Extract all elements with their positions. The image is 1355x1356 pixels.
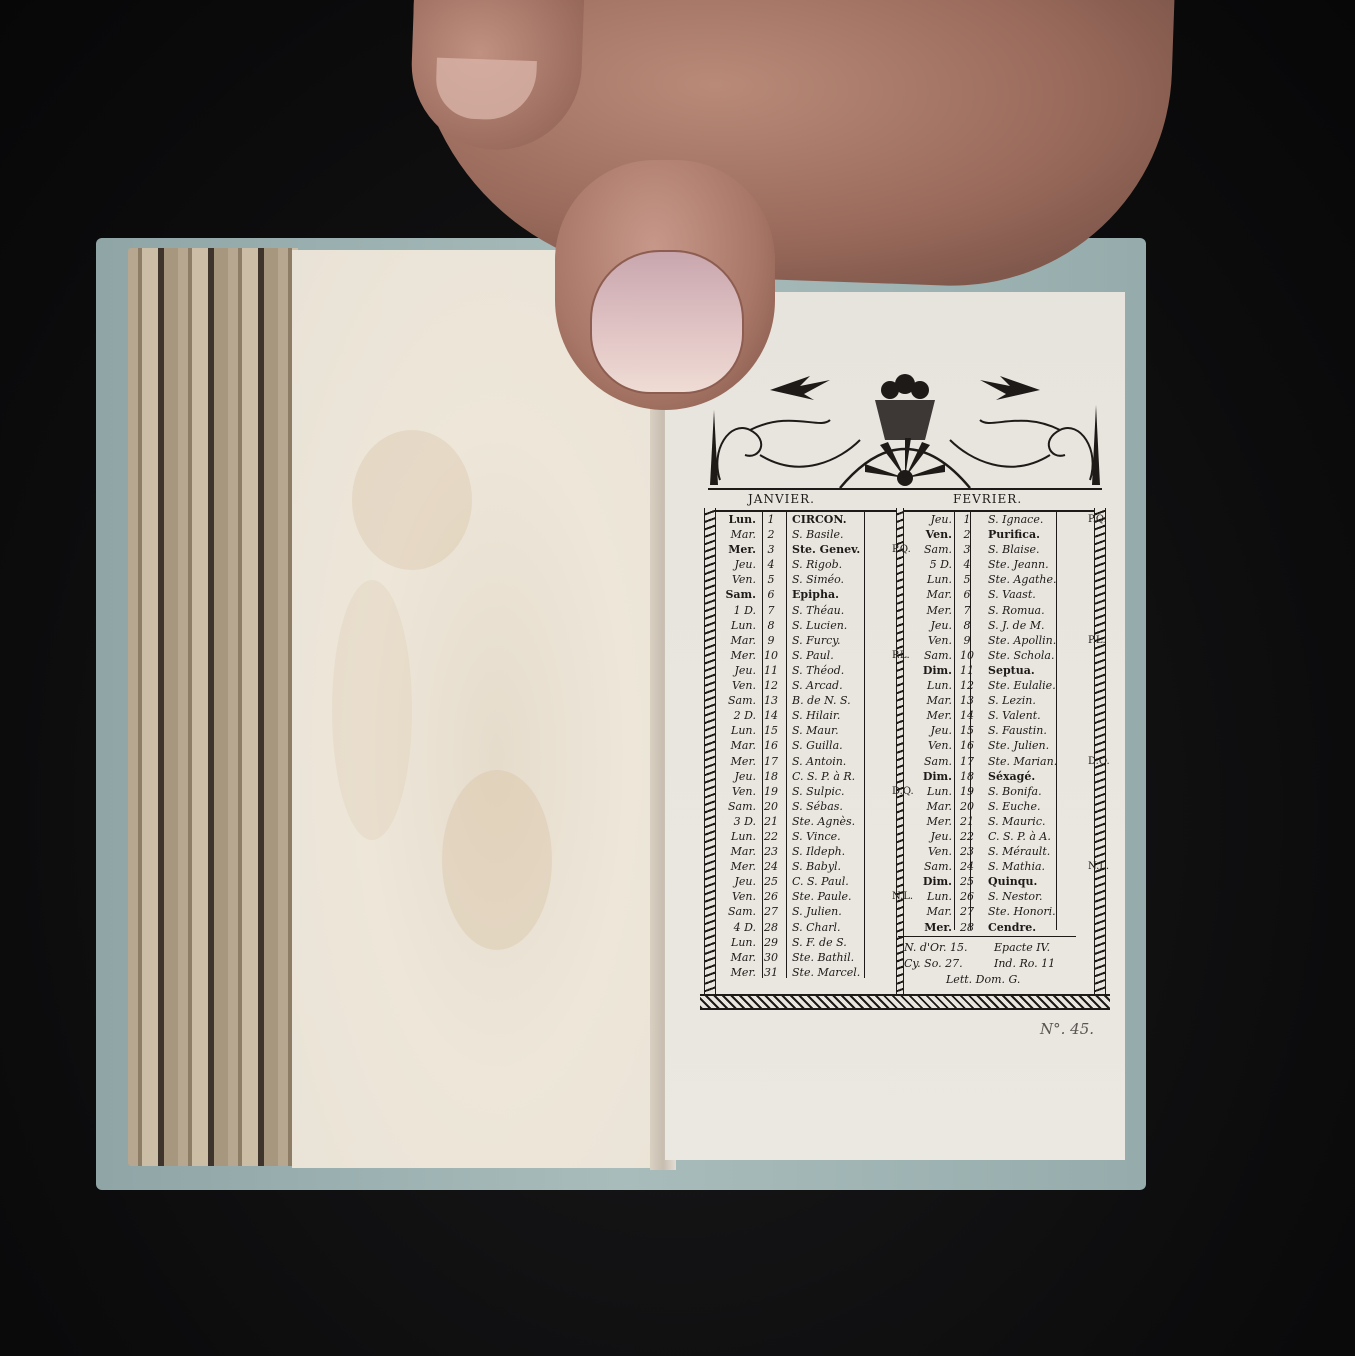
calendar-num: 15 — [758, 723, 784, 738]
calendar-saint: C. S. P. à A. — [988, 829, 1084, 844]
calendar-day: 2 D. — [714, 708, 756, 723]
calendar-day: Mar. — [714, 844, 756, 859]
calendar-row: Lun.1CIRCON. — [710, 512, 900, 527]
calendar-day: Sam. — [910, 754, 952, 769]
calendar-saint: S. Vince. — [792, 829, 888, 844]
calendar-row: Sam.27S. Julien. — [710, 904, 900, 919]
calendar-row: Mar.6S. Vaast. — [906, 587, 1096, 602]
calendar-day: Mer. — [714, 754, 756, 769]
month-title-fevrier: FEVRIER. — [953, 492, 1022, 506]
calendar-table: JANVIER. FEVRIER. Lun.1CIRCON.Mar.2S. Ba… — [700, 488, 1110, 1008]
calendar-row: Sam.6Epipha. — [710, 587, 900, 602]
calendar-saint: S. Blaise. — [988, 542, 1084, 557]
calendar-num: 11 — [758, 663, 784, 678]
bird-left-icon — [770, 376, 830, 400]
calendar-num: 14 — [954, 708, 980, 723]
calendar-day: Jeu. — [910, 618, 952, 633]
calendar-num: 18 — [954, 769, 980, 784]
calendar-num: 2 — [954, 527, 980, 542]
calendar-row: 3 D.21Ste. Agnès. — [710, 814, 900, 829]
foxing-stain — [352, 430, 472, 570]
calendar-saint: S. Bonifa. — [988, 784, 1084, 799]
dominical-letter: Lett. Dom. G. — [946, 973, 1020, 986]
calendar-day: Mar. — [910, 799, 952, 814]
basket-icon — [875, 400, 935, 440]
calendar-num: 19 — [954, 784, 980, 799]
calendar-saint: S. Lucien. — [792, 618, 888, 633]
decorative-frieze — [700, 994, 1110, 1010]
calendar-row: Ven.12S. Arcad. — [710, 678, 900, 693]
calendar-num: 28 — [954, 920, 980, 935]
month-title-janvier: JANVIER. — [748, 492, 815, 506]
calendar-day: Lun. — [714, 829, 756, 844]
calendar-day: Dim. — [910, 874, 952, 889]
engraved-calendar: JANVIER. FEVRIER. Lun.1CIRCON.Mar.2S. Ba… — [700, 360, 1110, 1010]
calendar-saint: S. Euche. — [988, 799, 1084, 814]
calendar-num: 8 — [954, 618, 980, 633]
calendar-row: Lun.15S. Maur. — [710, 723, 900, 738]
calendar-row: Ven.2Purifica. — [906, 527, 1096, 542]
calendar-saint: Ste. Bathil. — [792, 950, 888, 965]
calendar-saint: C. S. Paul. — [792, 874, 888, 889]
calendar-day: Dim. — [910, 769, 952, 784]
calendar-num: 10 — [758, 648, 784, 663]
calendar-saint: S. Arcad. — [792, 678, 888, 693]
calendar-saint: S. Valent. — [988, 708, 1084, 723]
calendar-row: Lun.19S. Bonifa. — [906, 784, 1096, 799]
calendar-day: 3 D. — [714, 814, 756, 829]
calendar-saint: Ste. Agathe. — [988, 572, 1084, 587]
calendar-saint: S. Ildeph. — [792, 844, 888, 859]
calendar-day: Mer. — [910, 814, 952, 829]
calendar-saint: S. Paul. — [792, 648, 888, 663]
calendar-row: 2 D.14S. Hilair. — [710, 708, 900, 723]
calendar-saint: Ste. Jeann. — [988, 557, 1084, 572]
calendar-num: 2 — [758, 527, 784, 542]
calendar-day: Jeu. — [714, 663, 756, 678]
calendar-num: 17 — [758, 754, 784, 769]
calendar-saint: Séxagé. — [988, 769, 1084, 784]
calendar-row: Dim.18Séxagé. — [906, 769, 1096, 784]
calendar-row: Mer.24S. Babyl. — [710, 859, 900, 874]
calendar-num: 27 — [758, 904, 784, 919]
calendar-row: Lun.26S. Nestor. — [906, 889, 1096, 904]
calendar-num: 9 — [954, 633, 980, 648]
calendar-row: Lun.8S. Lucien. — [710, 618, 900, 633]
calendar-phase: P.L. — [1088, 633, 1106, 648]
solar-cycle: Cy. So. 27. — [904, 957, 963, 970]
calendar-day: Mar. — [714, 738, 756, 753]
calendar-day: Ven. — [714, 784, 756, 799]
month-column-janvier: Lun.1CIRCON.Mar.2S. Basile.Mer.3Ste. Gen… — [710, 512, 900, 980]
calendar-row: Mer.17S. Antoin. — [710, 754, 900, 769]
calendar-row: Sam.10Ste. Schola. — [906, 648, 1096, 663]
ornament-header — [700, 360, 1110, 490]
calendar-num: 23 — [954, 844, 980, 859]
calendar-row: Ven.23S. Mérault. — [906, 844, 1096, 859]
calendar-saint: S. Romua. — [988, 603, 1084, 618]
calendar-num: 4 — [954, 557, 980, 572]
calendar-num: 26 — [954, 889, 980, 904]
calendar-row: Ven.19S. Sulpic.D.Q. — [710, 784, 900, 799]
calendar-day: Mer. — [910, 603, 952, 618]
calendar-row: Sam.13B. de N. S. — [710, 693, 900, 708]
calendar-day: Ven. — [910, 844, 952, 859]
calendar-saint: S. Siméo. — [792, 572, 888, 587]
calendar-num: 5 — [954, 572, 980, 587]
calendar-day: Sam. — [714, 693, 756, 708]
calendar-row: Jeu.11S. Théod. — [710, 663, 900, 678]
calendar-saint: S. Vaast. — [988, 587, 1084, 602]
calendar-row: Mer.10S. Paul.P.L. — [710, 648, 900, 663]
calendar-num: 18 — [758, 769, 784, 784]
calendar-day: Dim. — [910, 663, 952, 678]
calendar-num: 17 — [954, 754, 980, 769]
calendar-num: 12 — [954, 678, 980, 693]
calendar-saint: S. Mérault. — [988, 844, 1084, 859]
calendar-row: Mar.23S. Ildeph. — [710, 844, 900, 859]
thumb — [555, 160, 775, 410]
calendar-day: Sam. — [714, 904, 756, 919]
calendar-row: 4 D.28S. Charl. — [710, 920, 900, 935]
calendar-saint: S. Maur. — [792, 723, 888, 738]
calendar-day: Lun. — [910, 784, 952, 799]
calendar-row: Mer.21S. Mauric. — [906, 814, 1096, 829]
calendar-day: Jeu. — [910, 512, 952, 527]
month-column-fevrier: Jeu.1S. Ignace.P.Q.Ven.2Purifica.Sam.3S.… — [906, 512, 1096, 935]
calendar-num: 21 — [758, 814, 784, 829]
calendar-day: Lun. — [910, 678, 952, 693]
calendar-day: Mar. — [910, 904, 952, 919]
calendar-num: 19 — [758, 784, 784, 799]
calendar-saint: Ste. Julien. — [988, 738, 1084, 753]
calendar-row: Mar.27Ste. Honori. — [906, 904, 1096, 919]
calendar-saint: S. Hilair. — [792, 708, 888, 723]
month-header-bar: JANVIER. FEVRIER. — [708, 488, 1102, 512]
calendar-row: Ven.9Ste. Apollin.P.L. — [906, 633, 1096, 648]
calendar-num: 14 — [758, 708, 784, 723]
calendar-num: 11 — [954, 663, 980, 678]
calendar-day: Ven. — [714, 572, 756, 587]
calendar-num: 7 — [758, 603, 784, 618]
calendar-saint: S. Antoin. — [792, 754, 888, 769]
calendar-num: 12 — [758, 678, 784, 693]
calendar-num: 23 — [758, 844, 784, 859]
calendar-day: Sam. — [910, 648, 952, 663]
calendar-day: Lun. — [714, 935, 756, 950]
calendar-num: 31 — [758, 965, 784, 980]
calendar-saint: S. F. de S. — [792, 935, 888, 950]
calendar-saint: S. Lezin. — [988, 693, 1084, 708]
calendar-num: 1 — [758, 512, 784, 527]
calendar-saint: Septua. — [988, 663, 1084, 678]
golden-number: N. d'Or. 15. — [904, 941, 968, 954]
calendar-saint: S. Mathia. — [988, 859, 1084, 874]
calendar-saint: S. Ignace. — [988, 512, 1084, 527]
calendar-day: Ven. — [910, 633, 952, 648]
calendar-num: 20 — [954, 799, 980, 814]
calendar-num: 4 — [758, 557, 784, 572]
calendar-num: 16 — [954, 738, 980, 753]
foxing-stain — [442, 770, 552, 950]
calendar-num: 24 — [954, 859, 980, 874]
calendar-day: Mer. — [910, 708, 952, 723]
calendar-saint: S. Babyl. — [792, 859, 888, 874]
calendar-saint: Ste. Eulalie. — [988, 678, 1084, 693]
calendar-num: 3 — [954, 542, 980, 557]
calendar-saint: Ste. Agnès. — [792, 814, 888, 829]
calendar-footer: N. d'Or. 15. Epacte IV. Cy. So. 27. Ind.… — [898, 936, 1076, 993]
scroll-right — [1049, 428, 1093, 480]
calendar-day: Sam. — [910, 542, 952, 557]
calendar-saint: S. Sulpic. — [792, 784, 888, 799]
calendar-day: Mer. — [714, 859, 756, 874]
calendar-saint: Ste. Genev. — [792, 542, 888, 557]
calendar-num: 25 — [758, 874, 784, 889]
calendar-row: Mer.31Ste. Marcel. — [710, 965, 900, 980]
calendar-saint: S. Basile. — [792, 527, 888, 542]
calendar-saint: CIRCON. — [792, 512, 888, 527]
calendar-row: Jeu.15S. Faustin. — [906, 723, 1096, 738]
calendar-num: 6 — [758, 587, 784, 602]
calendar-row: Ven.5S. Siméo. — [710, 572, 900, 587]
calendar-day: Lun. — [910, 572, 952, 587]
calendar-saint: Quinqu. — [988, 874, 1084, 889]
calendar-day: Sam. — [714, 799, 756, 814]
calendar-saint: S. Faustin. — [988, 723, 1084, 738]
index-finger — [409, 0, 584, 153]
calendar-day: 4 D. — [714, 920, 756, 935]
calendar-row: Mer.14S. Valent. — [906, 708, 1096, 723]
calendar-row: Sam.20S. Sébas. — [710, 799, 900, 814]
fingernail — [435, 58, 537, 121]
calendar-num: 20 — [758, 799, 784, 814]
calendar-row: Jeu.22C. S. P. à A. — [906, 829, 1096, 844]
calendar-num: 15 — [954, 723, 980, 738]
calendar-num: 1 — [954, 512, 980, 527]
calendar-saint: Ste. Honori. — [988, 904, 1084, 919]
calendar-num: 29 — [758, 935, 784, 950]
calendar-row: Jeu.25C. S. Paul. — [710, 874, 900, 889]
calendar-saint: Purifica. — [988, 527, 1084, 542]
calendar-day: Mer. — [910, 920, 952, 935]
calendar-row: Mar.20S. Euche. — [906, 799, 1096, 814]
calendar-row: Dim.11Septua. — [906, 663, 1096, 678]
calendar-row: Mar.2S. Basile. — [710, 527, 900, 542]
calendar-row: Jeu.1S. Ignace.P.Q. — [906, 512, 1096, 527]
calendar-saint: S. Furcy. — [792, 633, 888, 648]
calendar-day: Mar. — [910, 693, 952, 708]
calendar-num: 8 — [758, 618, 784, 633]
calendar-day: Mar. — [714, 633, 756, 648]
epact: Epacte IV. — [994, 941, 1050, 954]
indiction: Ind. Ro. 11 — [994, 957, 1055, 970]
calendar-day: Jeu. — [910, 723, 952, 738]
calendar-day: Mar. — [910, 587, 952, 602]
calendar-phase: D.Q. — [1088, 754, 1110, 769]
calendar-row: Mer.7S. Romua. — [906, 603, 1096, 618]
calendar-num: 28 — [758, 920, 784, 935]
calendar-saint: S. J. de M. — [988, 618, 1084, 633]
calendar-row: Lun.29S. F. de S. — [710, 935, 900, 950]
calendar-num: 13 — [954, 693, 980, 708]
page-number: N°. 45. — [1040, 1020, 1094, 1038]
calendar-day: Jeu. — [714, 557, 756, 572]
calendar-day: Sam. — [910, 859, 952, 874]
calendar-row: 5 D.4Ste. Jeann. — [906, 557, 1096, 572]
leaf-spray-right — [1092, 405, 1100, 485]
calendar-row: Mar.30Ste. Bathil. — [710, 950, 900, 965]
calendar-saint: S. Guilla. — [792, 738, 888, 753]
calendar-saint: S. Charl. — [792, 920, 888, 935]
calendar-num: 30 — [758, 950, 784, 965]
scroll-left — [717, 428, 761, 480]
calendar-row: Sam.24S. Mathia.N.L. — [906, 859, 1096, 874]
calendar-day: 1 D. — [714, 603, 756, 618]
calendar-saint: S. Sébas. — [792, 799, 888, 814]
calendar-day: Mer. — [714, 542, 756, 557]
calendar-saint: Ste. Paule. — [792, 889, 888, 904]
calendar-day: Mar. — [714, 950, 756, 965]
bird-right-icon — [980, 376, 1040, 400]
calendar-phase: N.L. — [1088, 859, 1109, 874]
calendar-day: Lun. — [714, 512, 756, 527]
calendar-day: Ven. — [714, 678, 756, 693]
foxing-stain — [332, 580, 412, 840]
calendar-saint: Ste. Schola. — [988, 648, 1084, 663]
calendar-day: Sam. — [714, 587, 756, 602]
calendar-day: Lun. — [910, 889, 952, 904]
calendar-row: Lun.22S. Vince. — [710, 829, 900, 844]
calendar-row: Dim.25Quinqu. — [906, 874, 1096, 889]
calendar-num: 3 — [758, 542, 784, 557]
calendar-num: 5 — [758, 572, 784, 587]
calendar-saint: C. S. P. à R. — [792, 769, 888, 784]
calendar-num: 9 — [758, 633, 784, 648]
leaf-spray-left — [710, 410, 718, 485]
calendar-day: Mar. — [714, 527, 756, 542]
calendar-day: Jeu. — [714, 769, 756, 784]
calendar-day: Ven. — [910, 527, 952, 542]
calendar-num: 13 — [758, 693, 784, 708]
calendar-saint: Ste. Apollin. — [988, 633, 1084, 648]
calendar-num: 6 — [954, 587, 980, 602]
calendar-phase: P.Q. — [1088, 512, 1107, 527]
calendar-saint: Ste. Marian. — [988, 754, 1084, 769]
calendar-row: Sam.17Ste. Marian.D.Q. — [906, 754, 1096, 769]
calendar-row: Ven.26Ste. Paule.N.L. — [710, 889, 900, 904]
calendar-saint: B. de N. S. — [792, 693, 888, 708]
garland-left — [760, 440, 860, 467]
calendar-day: Ven. — [714, 889, 756, 904]
thumbnail — [590, 250, 744, 394]
calendar-saint: S. Théod. — [792, 663, 888, 678]
calendar-num: 10 — [954, 648, 980, 663]
calendar-saint: S. Julien. — [792, 904, 888, 919]
calendar-num: 22 — [758, 829, 784, 844]
calendar-row: 1 D.7S. Théau. — [710, 603, 900, 618]
calendar-num: 16 — [758, 738, 784, 753]
calendar-day: Mer. — [714, 965, 756, 980]
calendar-day: Jeu. — [714, 874, 756, 889]
calendar-row: Ven.16Ste. Julien. — [906, 738, 1096, 753]
calendar-row: Lun.5Ste. Agathe. — [906, 572, 1096, 587]
calendar-saint: Ste. Marcel. — [792, 965, 888, 980]
calendar-day: Lun. — [714, 723, 756, 738]
calendar-saint: Cendre. — [988, 920, 1084, 935]
calendar-num: 27 — [954, 904, 980, 919]
calendar-row: Mer.3Ste. Genev.P.Q. — [710, 542, 900, 557]
calendar-day: Ven. — [910, 738, 952, 753]
calendar-row: Lun.12Ste. Eulalie. — [906, 678, 1096, 693]
calendar-num: 21 — [954, 814, 980, 829]
calendar-row: Mer.28Cendre. — [906, 920, 1096, 935]
calendar-num: 25 — [954, 874, 980, 889]
calendar-saint: S. Nestor. — [988, 889, 1084, 904]
calendar-row: Jeu.8S. J. de M. — [906, 618, 1096, 633]
calendar-num: 24 — [758, 859, 784, 874]
calendar-day: Mer. — [714, 648, 756, 663]
calendar-day: Lun. — [714, 618, 756, 633]
calendar-row: Mar.9S. Furcy. — [710, 633, 900, 648]
calendar-saint: S. Théau. — [792, 603, 888, 618]
calendar-num: 26 — [758, 889, 784, 904]
calendar-day: 5 D. — [910, 557, 952, 572]
calendar-row: Jeu.18C. S. P. à R. — [710, 769, 900, 784]
calendar-day: Jeu. — [910, 829, 952, 844]
calendar-row: Jeu.4S. Rigob. — [710, 557, 900, 572]
calendar-row: Sam.3S. Blaise. — [906, 542, 1096, 557]
calendar-saint: S. Rigob. — [792, 557, 888, 572]
calendar-row: Mar.13S. Lezin. — [906, 693, 1096, 708]
calendar-num: 22 — [954, 829, 980, 844]
page-edges — [128, 248, 298, 1166]
garland-right — [950, 440, 1050, 467]
calendar-num: 7 — [954, 603, 980, 618]
calendar-row: Mar.16S. Guilla. — [710, 738, 900, 753]
calendar-saint: S. Mauric. — [988, 814, 1084, 829]
calendar-saint: Epipha. — [792, 587, 888, 602]
